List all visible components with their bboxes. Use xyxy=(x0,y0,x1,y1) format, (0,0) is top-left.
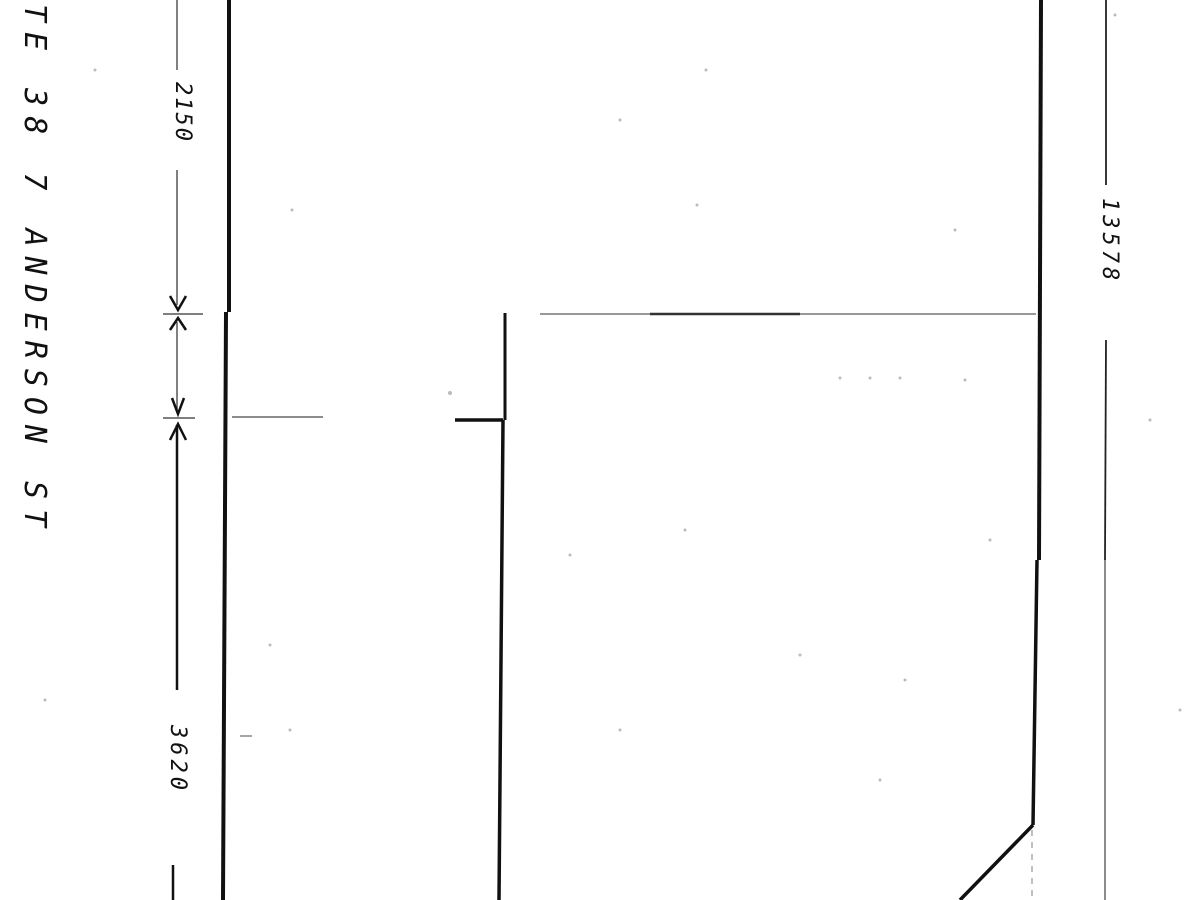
left-wall-lower xyxy=(223,312,226,900)
dim-line-right xyxy=(1105,340,1106,560)
dimension-label-upper-left: 2150 xyxy=(170,82,195,143)
dimension-label-lower-left: 3620 xyxy=(165,725,190,794)
right-wall-upper xyxy=(1039,0,1041,560)
address-annotation: TE 38 7 ANDERSON ST xyxy=(17,4,52,537)
dimension-label-right: 13578 xyxy=(1097,198,1122,284)
angled-wall xyxy=(960,825,1033,900)
scan-noise xyxy=(44,14,1182,782)
right-wall-lower xyxy=(1033,560,1037,825)
dim-arrow xyxy=(170,296,186,330)
room-wall-left xyxy=(499,420,503,900)
